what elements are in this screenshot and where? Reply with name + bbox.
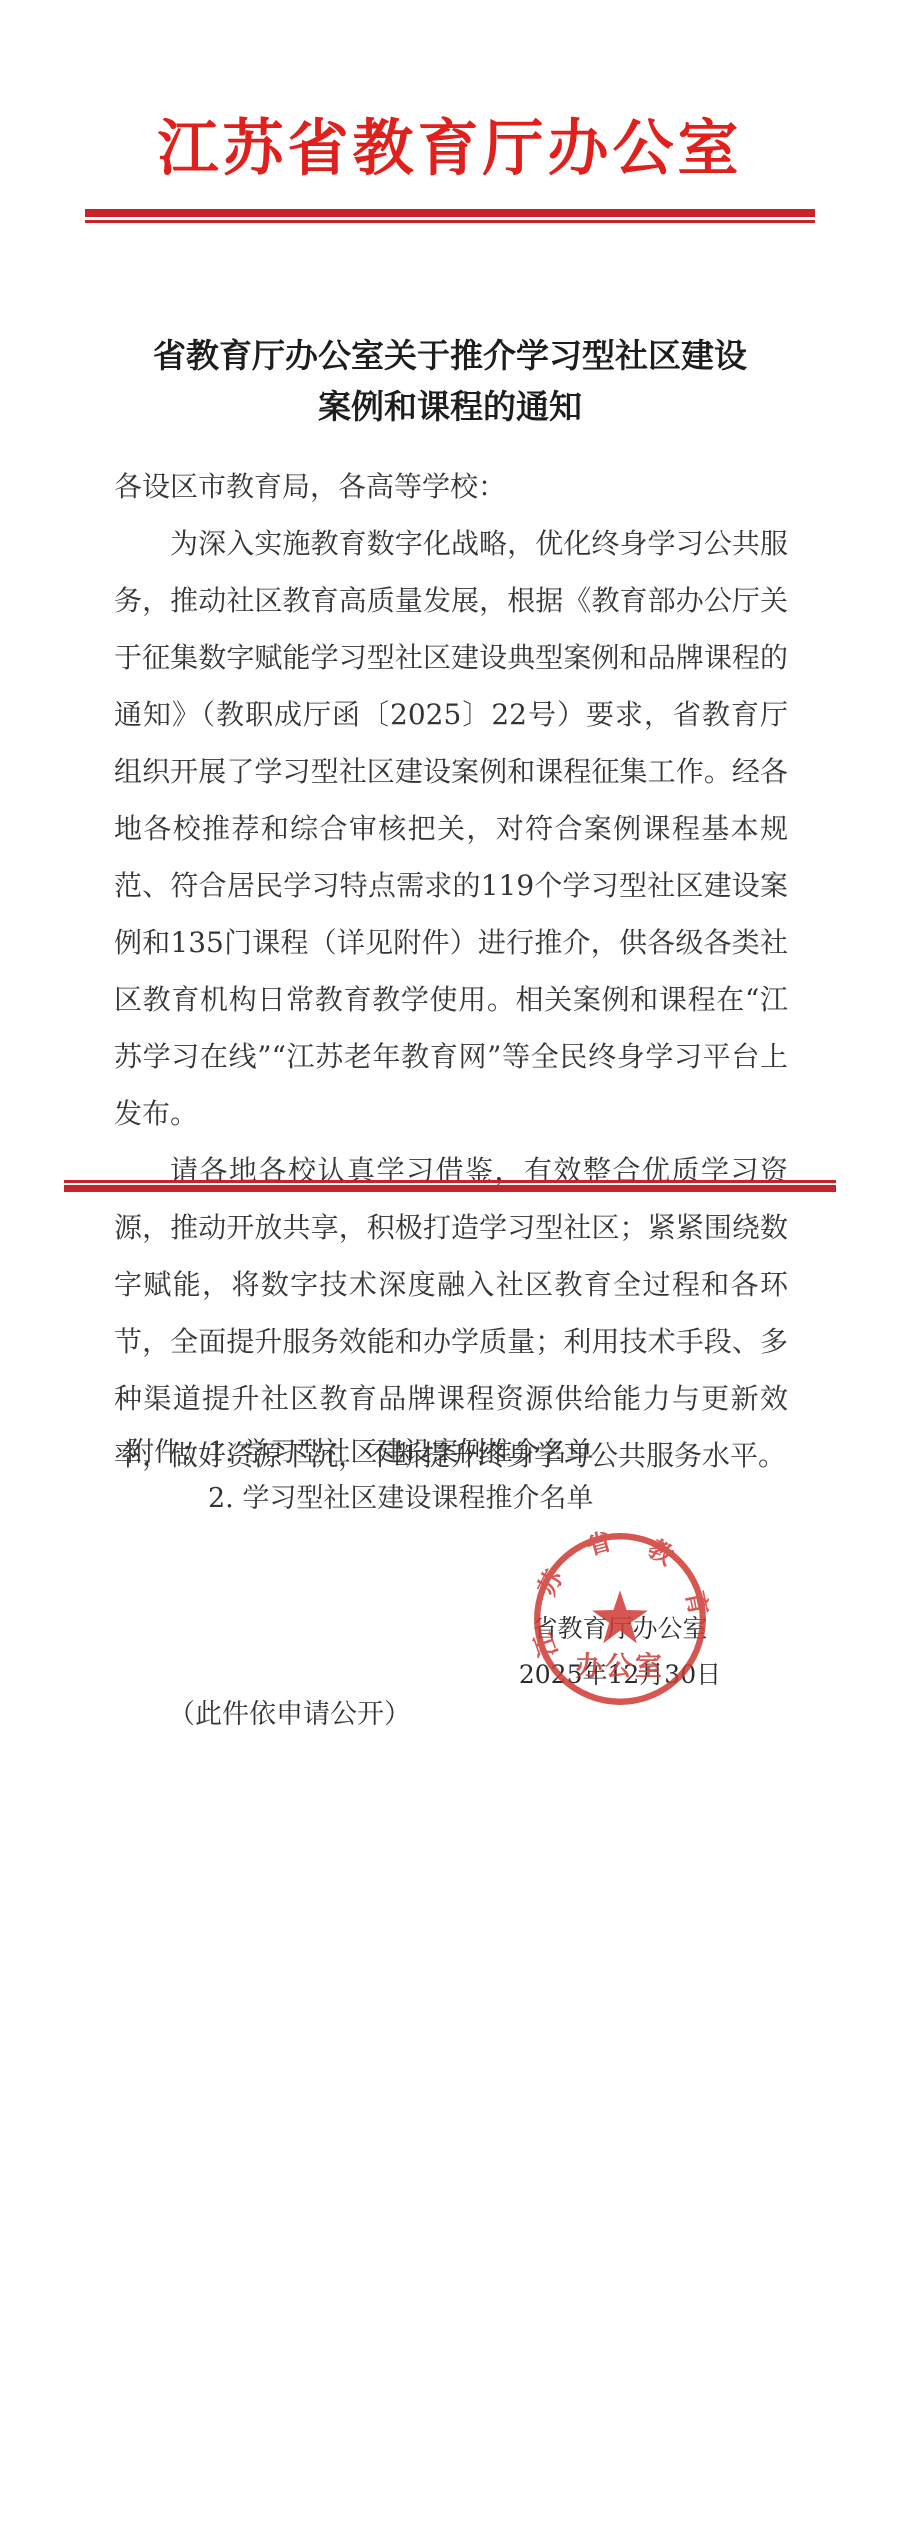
salutation: 各设区市教育局，各高等学校： [114, 458, 788, 515]
official-seal: 江苏省教育厅 办公室 [530, 1528, 710, 1710]
attachment-items: 1. 学习型社区建设案例推介名单 2. 学习型社区建设课程推介名单 [208, 1430, 593, 1522]
letterhead-rule-thick [85, 209, 815, 217]
official-document-page: 江苏省教育厅办公室 省教育厅办公室关于推介学习型社区建设 案例和课程的通知 各设… [0, 0, 900, 2545]
document-body: 各设区市教育局，各高等学校： 为深入实施教育数字化战略，优化终身学习公共服务，推… [114, 458, 788, 1484]
attachment-item-1: 1. 学习型社区建设案例推介名单 [208, 1430, 593, 1476]
document-title: 省教育厅办公室关于推介学习型社区建设 案例和课程的通知 [0, 330, 900, 432]
body-paragraph-1: 为深入实施教育数字化战略，优化终身学习公共服务，推动社区教育高质量发展，根据《教… [114, 515, 788, 1142]
disclosure-note: （此件依申请公开） [168, 1692, 411, 1731]
letterhead-rule-thin [85, 220, 815, 223]
attachment-item-2: 2. 学习型社区建设课程推介名单 [208, 1476, 593, 1522]
document-title-line2: 案例和课程的通知 [0, 381, 900, 432]
closing-rule [64, 1180, 836, 1192]
letterhead-org-name: 江苏省教育厅办公室 [0, 114, 900, 184]
closing-rule-thick [64, 1185, 836, 1192]
star-icon [592, 1590, 648, 1643]
seal-bottom-label: 办公室 [575, 1652, 664, 1683]
document-title-line1: 省教育厅办公室关于推介学习型社区建设 [0, 330, 900, 381]
letterhead-rule [85, 209, 815, 223]
attachment-label: 附件： [127, 1430, 208, 1476]
attachment-list: 附件： 1. 学习型社区建设案例推介名单 2. 学习型社区建设课程推介名单 [127, 1430, 593, 1522]
closing-rule-thin [64, 1180, 836, 1183]
